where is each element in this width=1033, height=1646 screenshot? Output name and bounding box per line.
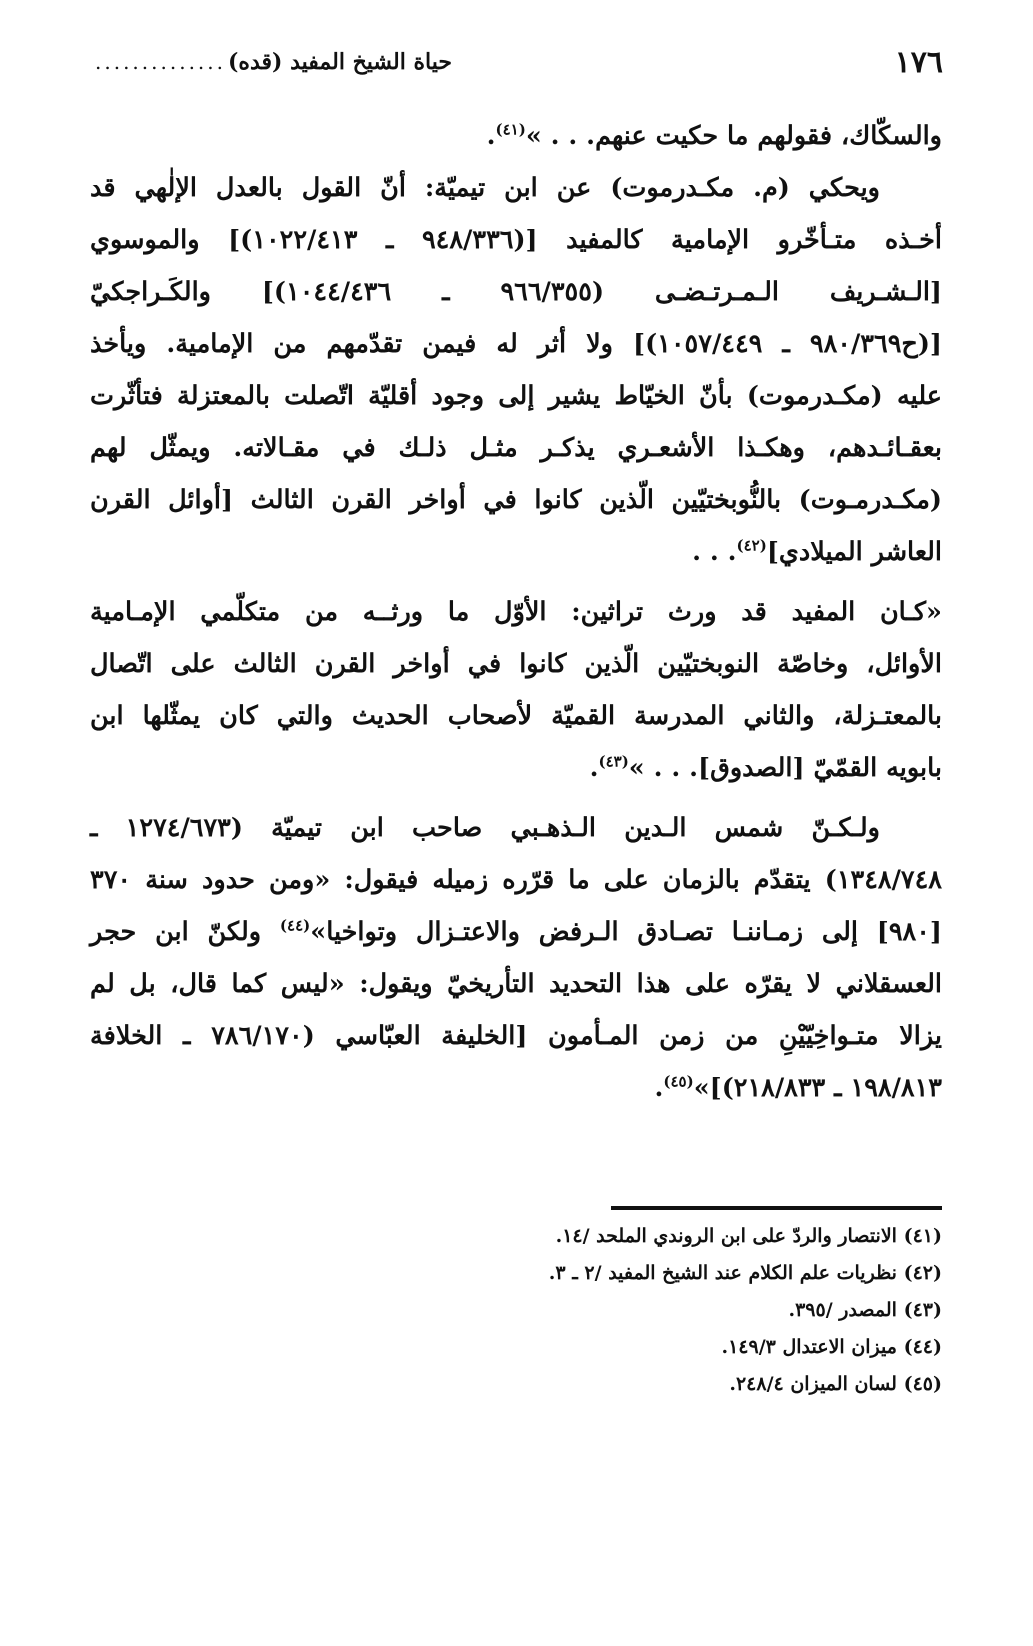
footnote-text: المصدر /٣٩٥. [788,1299,896,1321]
running-title: حياة الشيخ المفيد (قده) [228,49,452,75]
main-text: والسكّاك، فقولهم ما حكيت عنهم. . . »(٤١)… [90,110,942,1114]
running-head: حياة الشيخ المفيد (قده) .............. [95,49,452,75]
text-line: (مكـدرمـوت) بالنُّوبختيّين الّذين كانوا … [90,474,942,526]
footnote-number: (٤٤) [904,1336,942,1358]
book-page: ١٧٦ حياة الشيخ المفيد (قده) ............… [0,0,1033,1646]
text-line: [٩٨٠] إلى زمـاننـا تصـادق الـرفض والاعتـ… [90,906,942,958]
text-line: ويحكي (م. مكـدرموت) عن ابن تيميّة: أنّ ا… [90,162,942,214]
footnote-text: لسان الميزان ٢٤٨/٤. [729,1373,897,1395]
footnote-text: الانتصار والردّ على ابن الروندي الملحد /… [556,1225,897,1247]
footnote-number: (٤١) [904,1225,942,1247]
paragraph: والسكّاك، فقولهم ما حكيت عنهم. . . »(٤١)… [90,110,942,162]
text-line: عليه (مكـدرموت) بأنّ الخيّاط يشير إلى وج… [90,370,942,422]
text-line: [(ح٩٨٠/٣٦٩ ـ ١٠٥٧/٤٤٩)] ولا أثر له فيمن … [90,318,942,370]
text-line: [الـشـريف الـمـرتـضـى (٩٦٦/٣٥٥ ـ ١٠٤٤/٤٣… [90,266,942,318]
text-line: أخـذه متـأخّرو الإمامية كالمفيد [(٩٤٨/٣٣… [90,214,942,266]
footnote-number: (٤٥) [904,1373,942,1395]
text-line: العسقلاني لا يقرّه على هذا التحديد التأر… [90,958,942,1010]
text-line: بعقـائـدهم، وهكـذا الأشعـري يذكـر مثـل ذ… [90,422,942,474]
footnote-separator [611,1206,942,1210]
footnote-item: (٤٤) ميزان الاعتدال ١٤٩/٣. [300,1329,942,1366]
text-line: ١٣٤٨/٧٤٨) يتقدّم بالزمان على ما قرّره زم… [90,854,942,906]
footnote-ref[interactable]: (٤٥) [663,1073,693,1091]
text-line: ولـكـنّ شمس الـدين الـذهـبي صاحب ابن تيم… [90,802,942,854]
footnote-ref[interactable]: (٤٣) [598,753,628,771]
text-line: يزالا متـواخِيّيْنِ من زمن المـأمون [الخ… [90,1010,942,1062]
text-line: والسكّاك، فقولهم ما حكيت عنهم. . . »(٤١)… [90,110,942,162]
footnote-item: (٤٥) لسان الميزان ٢٤٨/٤. [300,1366,942,1403]
footnote-item: (٤٣) المصدر /٣٩٥. [300,1292,942,1329]
footnote-item: (٤٢) نظريات علم الكلام عند الشيخ المفيد … [300,1255,942,1292]
footnote-ref[interactable]: (٤١) [496,121,526,139]
text-line: بالمعتـزلة، والثاني المدرسة القميّة لأصح… [90,690,942,742]
footnote-text: ميزان الاعتدال ١٤٩/٣. [721,1336,897,1358]
footnote-ref[interactable]: (٤٤) [280,917,310,935]
footnote-text: نظريات علم الكلام عند الشيخ المفيد /٢ ـ … [549,1262,897,1284]
text-line: «كـان المفيد قد ورث تراثين: الأوّل ما ور… [90,586,942,638]
paragraph: ويحكي (م. مكـدرموت) عن ابن تيميّة: أنّ ا… [90,162,942,578]
footnote-number: (٤٢) [904,1262,942,1284]
footnote-item: (٤١) الانتصار والردّ على ابن الروندي الم… [300,1218,942,1255]
paragraph-gap [90,578,942,586]
text-line: بابويه القمّيّ [الصدوق]. . . »(٤٣). [90,742,942,794]
page-header: ١٧٦ حياة الشيخ المفيد (قده) ............… [95,42,943,82]
leader-dots: .............. [95,50,226,74]
text-line: العاشر الميلادي](٤٢). . . [90,526,942,578]
footnote-ref[interactable]: (٤٢) [737,537,767,555]
footnote-number: (٤٣) [904,1299,942,1321]
page-number: ١٧٦ [895,45,943,80]
paragraph-quote: «كـان المفيد قد ورث تراثين: الأوّل ما ور… [90,586,942,794]
paragraph: ولـكـنّ شمس الـدين الـذهـبي صاحب ابن تيم… [90,802,942,1114]
text-line: ١٩٨/٨١٣ ـ ٢١٨/٨٣٣)]»(٤٥). [90,1062,942,1114]
footnotes: (٤١) الانتصار والردّ على ابن الروندي الم… [300,1218,942,1403]
paragraph-gap [90,794,942,802]
text-line: الأوائل، وخاصّة النوبختيّين الّذين كانوا… [90,638,942,690]
